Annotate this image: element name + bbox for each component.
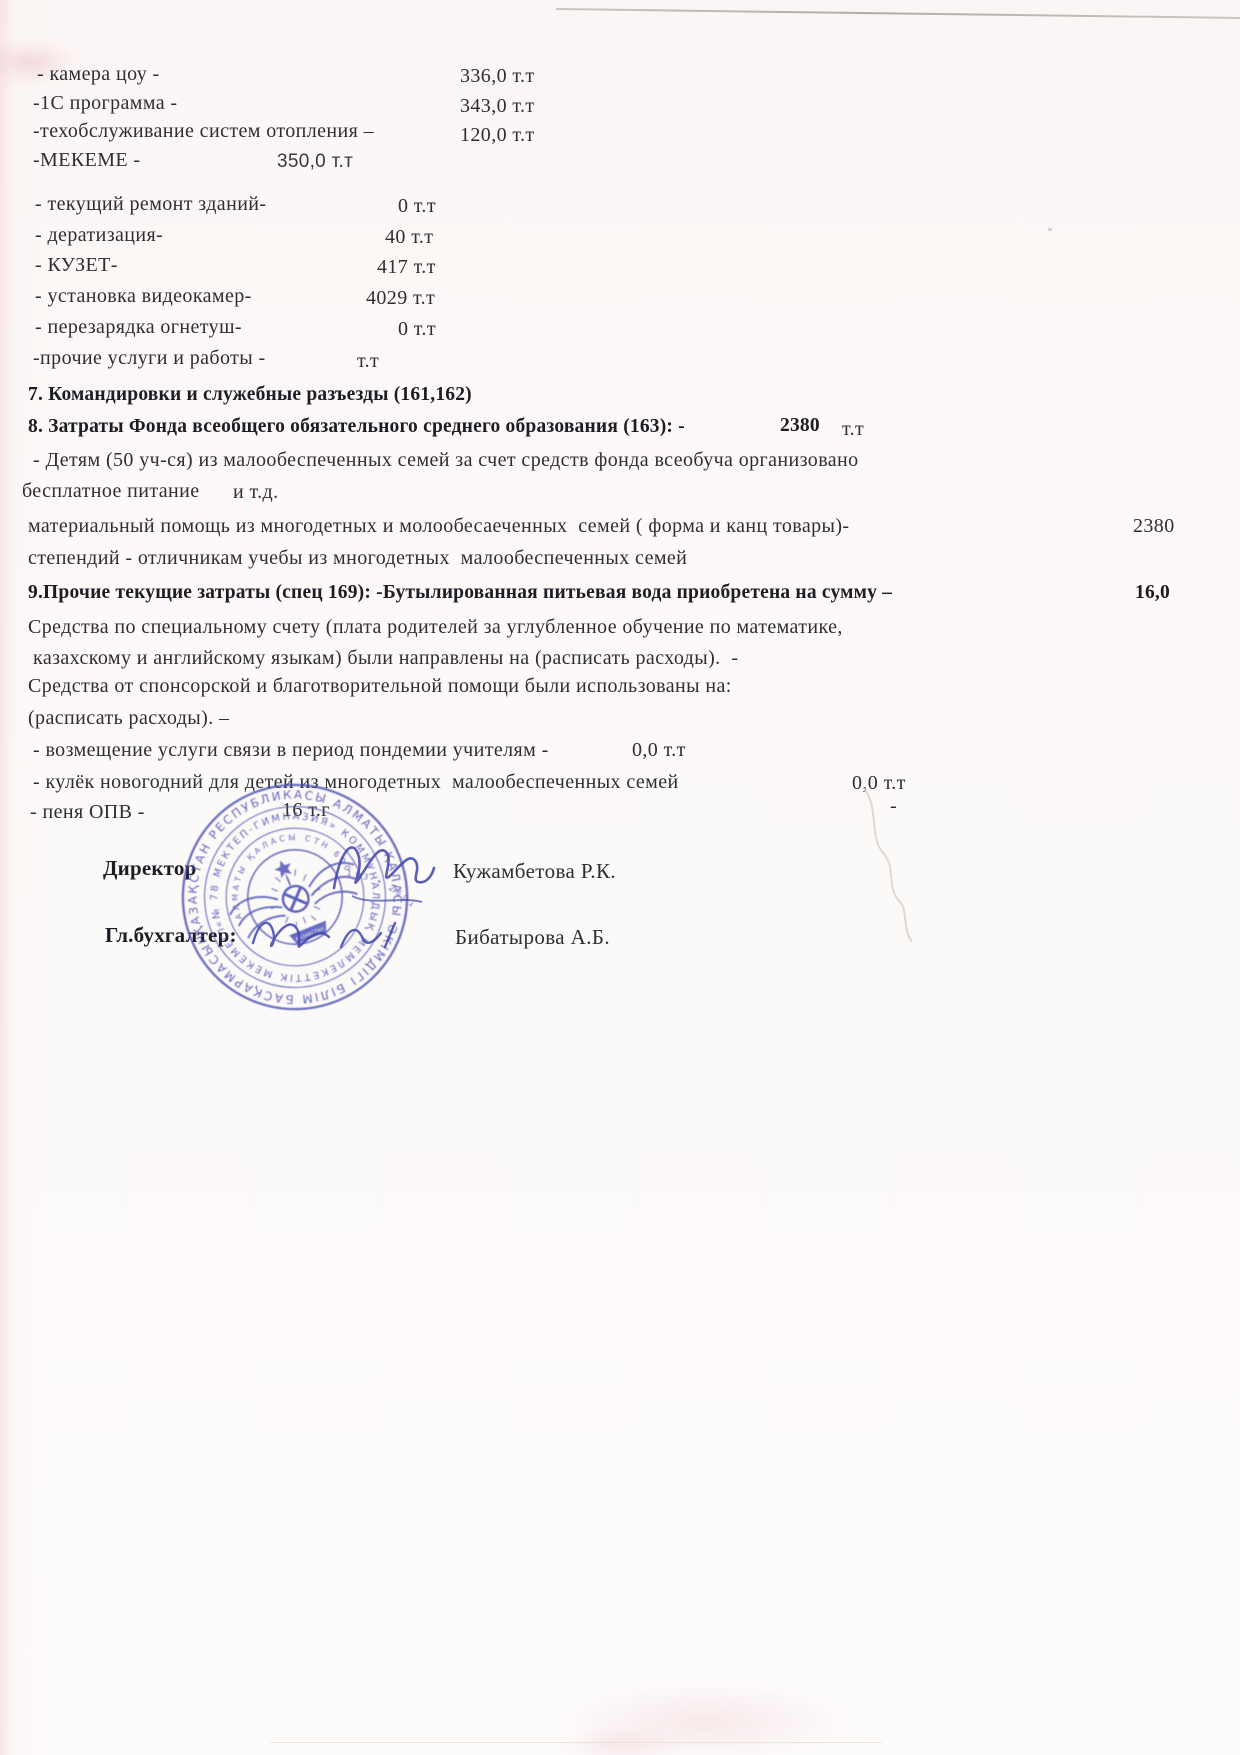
expense-value: т.т (357, 349, 379, 373)
expense-value: 4029 т.т (366, 286, 435, 310)
special-account-line: казахскому и английскому языкам) были на… (33, 646, 738, 670)
section8-value: 2380 (780, 414, 820, 438)
expense-label: - перезарядка огнетуш- (35, 315, 242, 339)
expense-label: -1С программа - (33, 91, 178, 115)
expense-value: 0 т.т (398, 317, 436, 341)
expense-label: - камера цоу - (37, 62, 160, 86)
accountant-name: Бибатырова А.Б. (455, 925, 610, 949)
expense-value: 417 т.т (377, 255, 436, 279)
special-account-line: Средства по специальному счету (плата ро… (28, 615, 843, 639)
communication-label: - возмещение услуги связи в период понде… (33, 738, 549, 762)
expense-value: 343,0 т.т (460, 94, 535, 118)
expense-value: 0 т.т (398, 194, 436, 218)
section8-line: бесплатное питание (22, 479, 200, 503)
communication-value: 0,0 т.т (632, 738, 686, 762)
material-aid-value: 2380 (1133, 514, 1175, 538)
expense-value: 40 т.т (385, 225, 433, 249)
expense-label: - текущий ремонт зданий- (35, 192, 266, 216)
accountant-signature (245, 903, 405, 961)
expense-value: 336,0 т.т (460, 64, 535, 88)
penalty-label: - пеня ОПВ - (30, 800, 145, 824)
expense-label: - установка видеокамер- (35, 284, 252, 308)
section8-unit: т.т (842, 417, 864, 441)
expense-label: -техобслуживание систем отопления – (33, 119, 374, 143)
scan-hairline-bottom (270, 1742, 882, 1743)
stipend-line: степендий - отличникам учебы из многодет… (28, 546, 687, 570)
scan-hairline-top (556, 8, 1240, 19)
section8-line: - Детям (50 уч-ся) из малообеспеченных с… (33, 448, 859, 472)
expense-value: 350,0 т.т (277, 150, 353, 174)
gift-value: 0,0 т.т (852, 771, 906, 795)
director-name: Кужамбетова Р.К. (453, 859, 616, 883)
section9-heading: 9.Прочие текущие затраты (спец 169): -Бу… (28, 581, 892, 605)
expense-label: -МЕКЕМЕ - (33, 148, 140, 172)
expense-label: - дератизация- (35, 223, 163, 247)
section7-heading: 7. Командировки и служебные разъезды (16… (28, 383, 472, 407)
material-aid-line: материальный помощь из многодетных и мол… (28, 514, 849, 538)
director-signature (322, 818, 442, 913)
section9-value: 16,0 (1135, 581, 1170, 605)
scanned-document-page: - камера цоу - 336,0 т.т -1С программа -… (0, 0, 1240, 1755)
section8-line: и т.д. (233, 480, 279, 504)
gift-dash: - (890, 794, 897, 818)
sponsor-line: (расписать расходы). – (28, 706, 229, 730)
sponsor-line: Средства от спонсорской и благотворитель… (28, 674, 732, 698)
expense-label: -прочие услуги и работы - (33, 346, 266, 370)
section8-heading: 8. Затраты Фонда всеобщего обязательного… (28, 415, 685, 439)
expense-label: - КУЗЕТ- (35, 253, 118, 277)
scan-speck (1048, 228, 1052, 231)
expense-value: 120,0 т.т (460, 123, 535, 147)
